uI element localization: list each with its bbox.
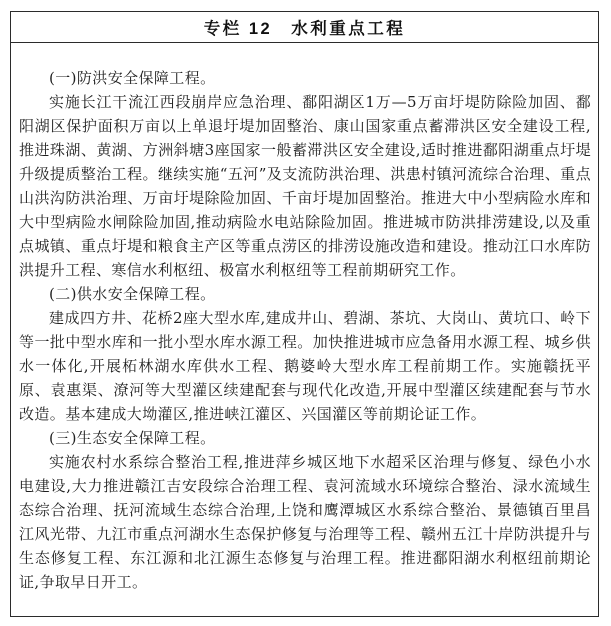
section-paragraph: 实施长江干流江西段崩岸应急治理、鄱阳湖区1万—5万亩圩堤防除险加固、鄱阳湖区保护…: [19, 90, 591, 282]
column-box: 专栏 12 水利重点工程 (一)防洪安全保障工程。 实施长江干流江西段崩岸应急治…: [10, 11, 599, 617]
section-heading: (二)供水安全保障工程。: [19, 282, 591, 306]
column-title: 专栏 12 水利重点工程: [11, 12, 598, 43]
section-heading: (一)防洪安全保障工程。: [19, 66, 591, 90]
section-paragraph: 实施农村水系综合整治工程,推进萍乡城区地下水超采区治理与修复、绿色小水电建设,大…: [19, 450, 591, 594]
document-page: 专栏 12 水利重点工程 (一)防洪安全保障工程。 实施长江干流江西段崩岸应急治…: [0, 0, 611, 626]
section-paragraph: 建成四方井、花桥2座大型水库,建成井山、碧湖、茶坑、大岗山、黄坑口、岭下等一批中…: [19, 306, 591, 426]
section-heading: (三)生态安全保障工程。: [19, 426, 591, 450]
column-body: (一)防洪安全保障工程。 实施长江干流江西段崩岸应急治理、鄱阳湖区1万—5万亩圩…: [11, 43, 598, 594]
